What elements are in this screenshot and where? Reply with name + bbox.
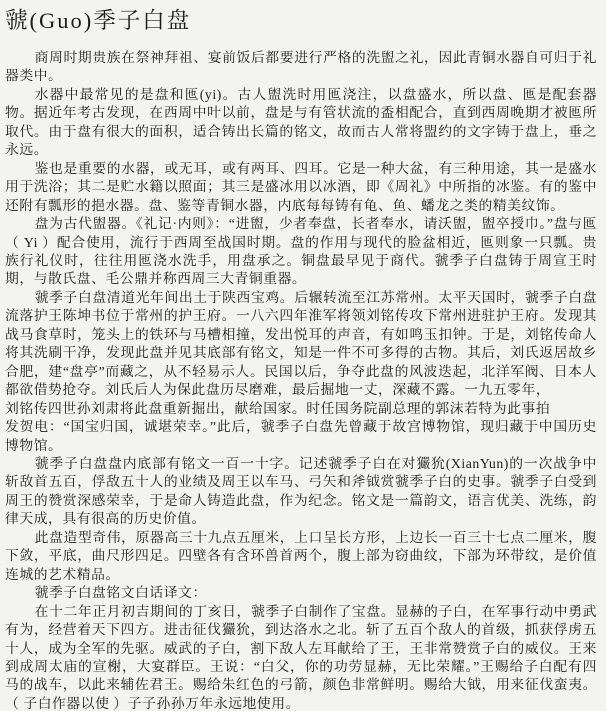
paragraph: 此盘造型奇伟，原器高三十九点五厘米，上口呈长方形，上边长一百三十七点二厘米，腹下…	[5, 529, 597, 584]
article-body: 商周时期贵族在祭神拜祖、宴前饭后都要进行严格的洗盥之礼，因此青铜水器自可归于礼器…	[5, 49, 597, 711]
paragraph: 盘为古代盥器。《礼记·内则》：“进盥，少者奉盘，长者奉水，请沃盥，盥卒授巾。”盘…	[5, 215, 597, 289]
paragraph: 在十二年正月初吉期间的丁亥日，虢季子白制作了宝盘。显赫的子白，在军事行动中勇武有…	[5, 603, 597, 711]
paragraph: 商周时期贵族在祭神拜祖、宴前饭后都要进行严格的洗盥之礼，因此青铜水器自可归于礼器…	[5, 49, 597, 86]
paragraph: 鉴也是重要的水器，或无耳，或有两耳、四耳。它是一种大盆，有三种用途，其一是盛水用…	[5, 160, 597, 215]
paragraph: 虢季子白盘清道光年间出土于陕西宝鸡。后辗转流至江苏常州。太平天国时，虢季子白盘流…	[5, 289, 597, 455]
paragraph: 水器中最常见的是盘和匜(yi)。古人盥洗时用匜浇注，以盘盛水，所以盘、匜是配套器…	[5, 86, 597, 160]
paragraph: 虢季子白盘铭文白话译文：	[5, 584, 597, 602]
paragraph: 虢季子白盘盘内底部有铭文一百一十字。记述虢季子白在对玁狁(XianYun)的一次…	[5, 455, 597, 529]
document-page: 虢(Guo)季子白盘 商周时期贵族在祭神拜祖、宴前饭后都要进行严格的洗盥之礼，因…	[0, 0, 606, 711]
page-title: 虢(Guo)季子白盘	[5, 6, 597, 35]
